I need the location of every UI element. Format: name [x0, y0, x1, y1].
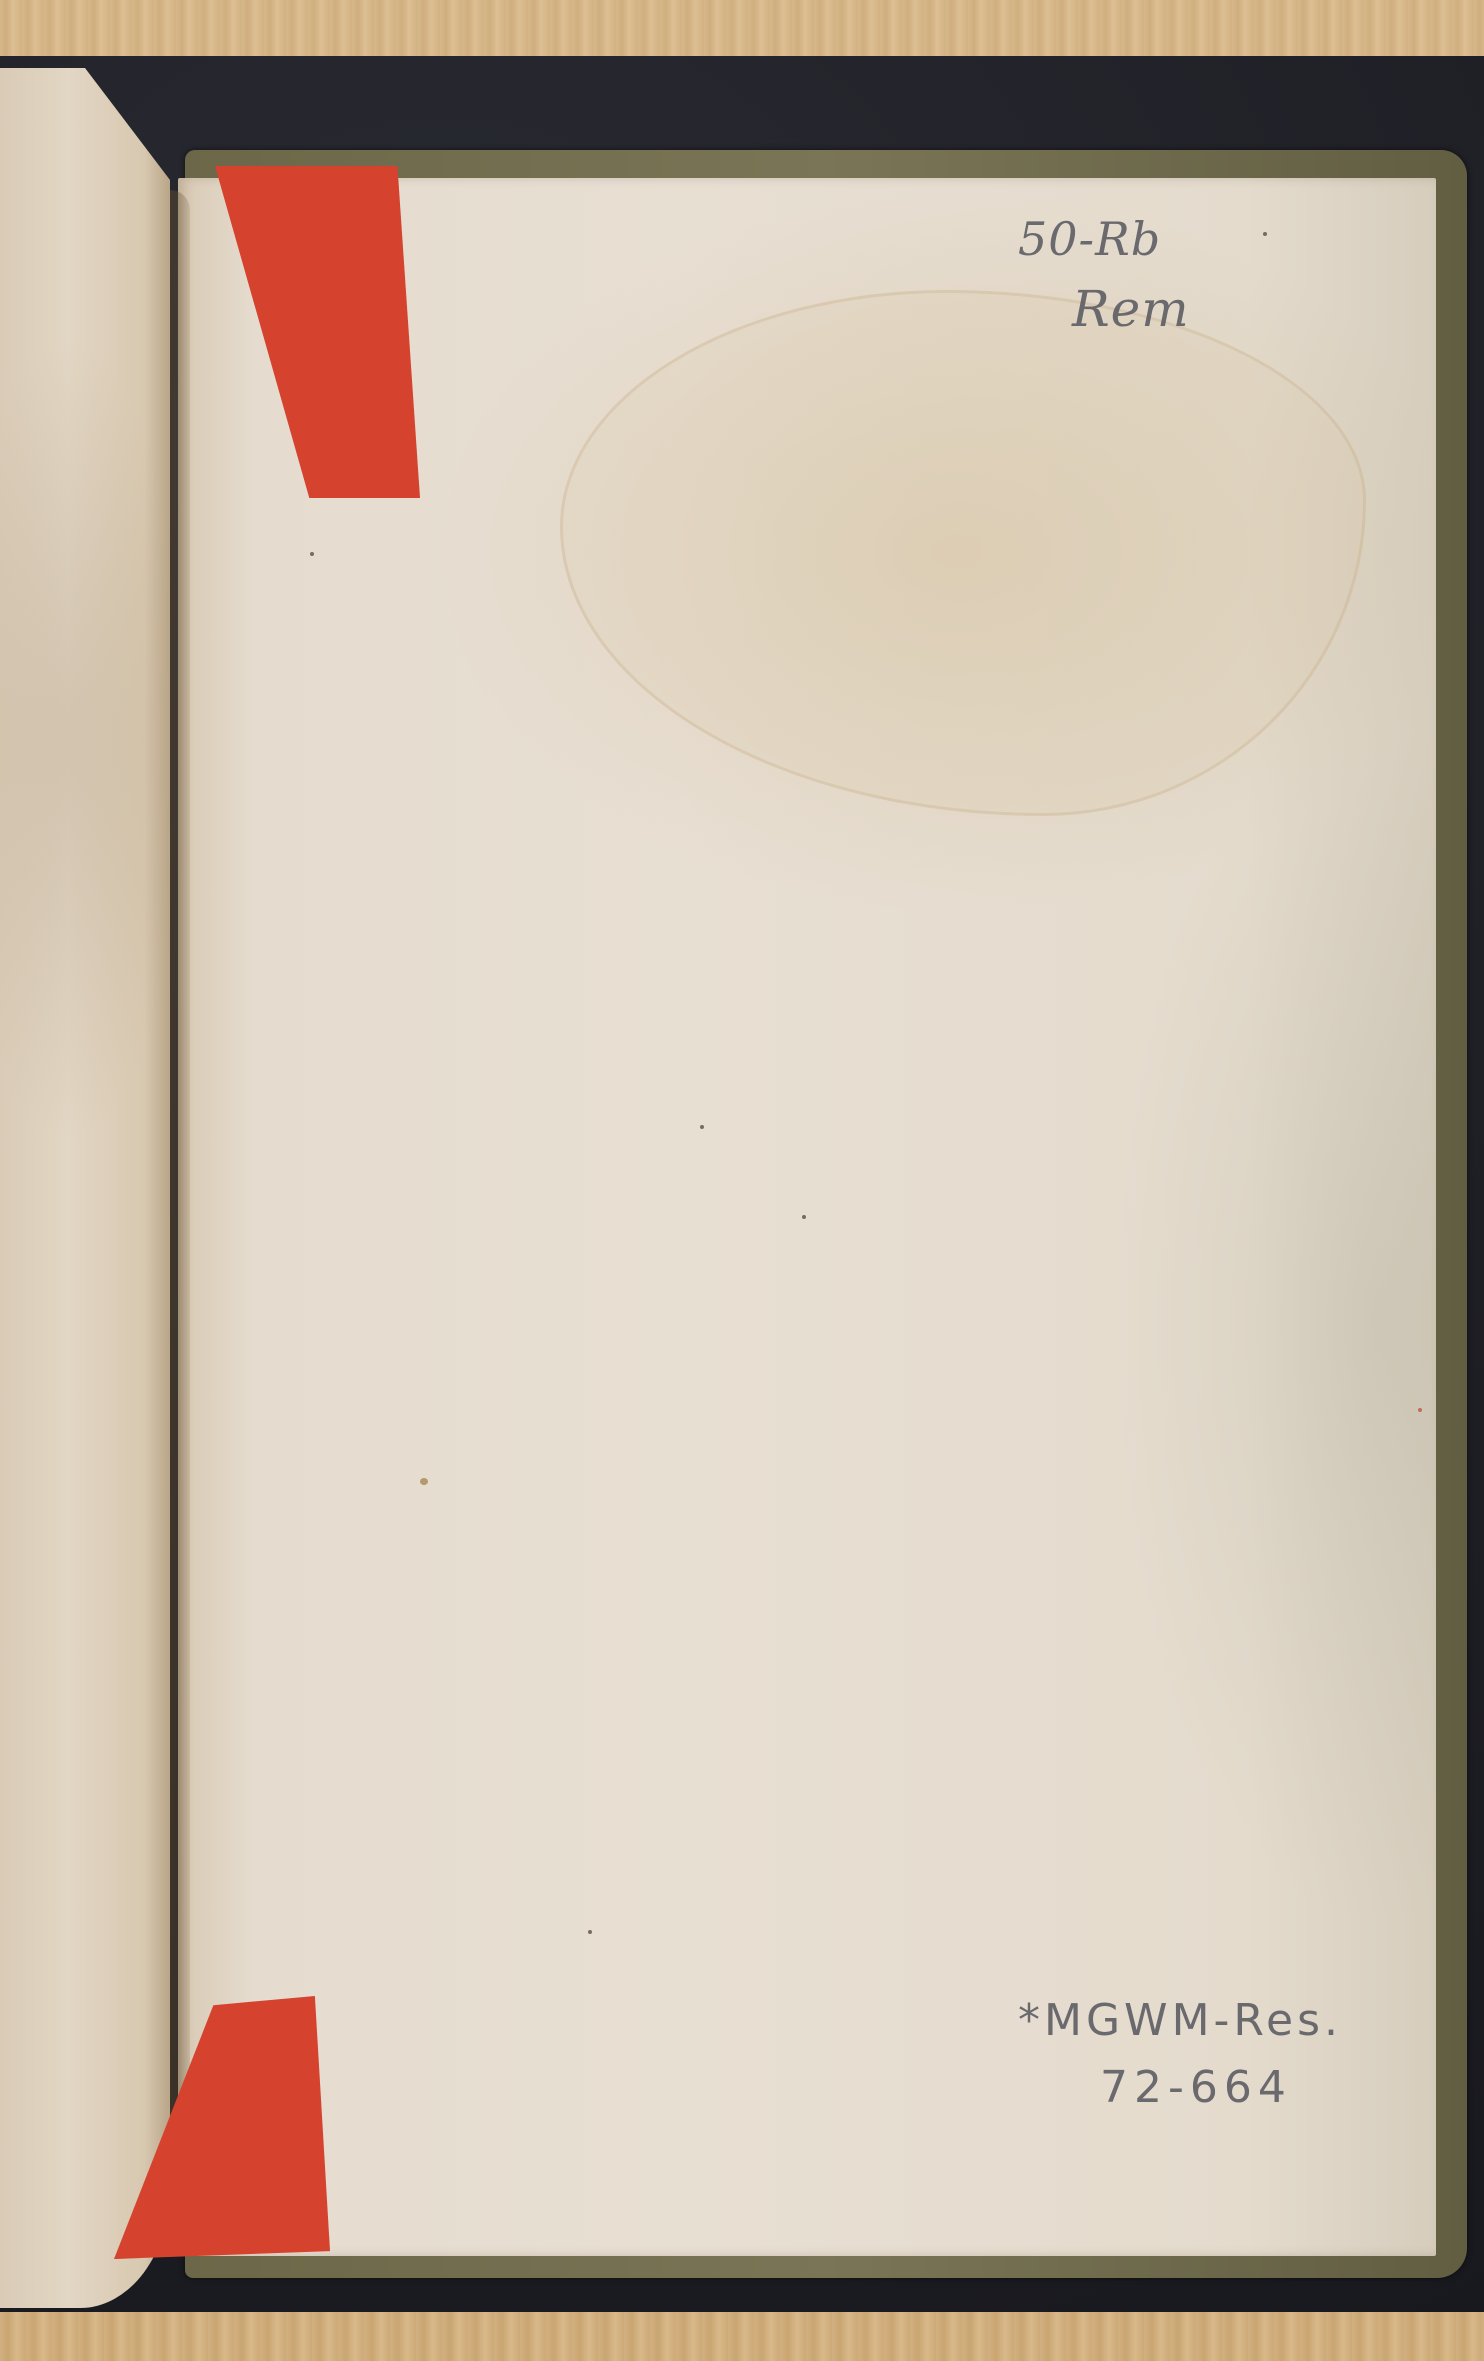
paper-speck — [1263, 232, 1267, 236]
pencil-note-top-line2: Rem — [1072, 280, 1190, 338]
shelfmark-line2: 72-664 — [1100, 2062, 1292, 2113]
wooden-table-top — [0, 0, 1484, 62]
paper-speck — [588, 1930, 592, 1934]
foxing-spot — [420, 1478, 428, 1485]
pencil-note-top-line1: 50-Rb — [1018, 212, 1161, 266]
paper-speck — [700, 1125, 704, 1129]
paper-speck — [310, 552, 314, 556]
shelfmark-line1: *MGWM-Res. — [1018, 1995, 1342, 2046]
paper-speck — [802, 1215, 806, 1219]
red-speck — [1418, 1408, 1422, 1412]
wooden-table-bottom — [0, 2312, 1484, 2361]
facing-left-page — [0, 68, 170, 2308]
